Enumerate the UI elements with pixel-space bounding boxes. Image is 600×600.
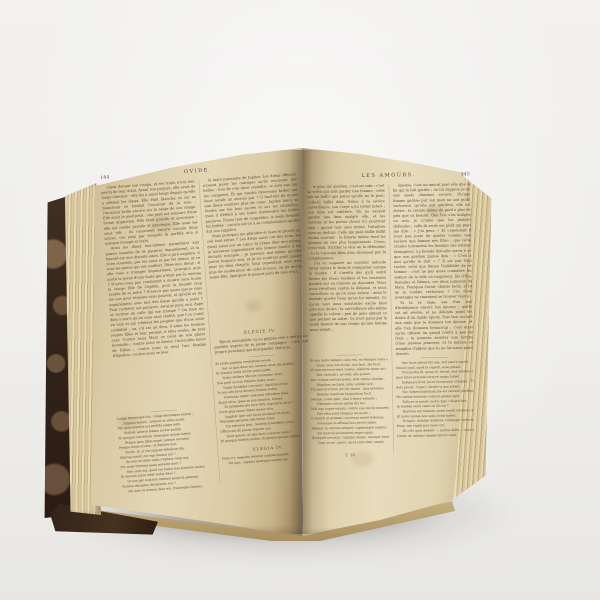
right-page-number: 145 [448,172,470,177]
right-page-text: LES AMOURS. 145 le plus sûr gardien, c'e… [307,171,476,504]
right-col2-prose: épouse, c'est un amant pour elle que la … [393,182,473,355]
section-rule [249,355,275,357]
section-rule [421,357,447,358]
left-page-text: 144 OVIDE. cheur devant son visage, et s… [100,161,319,510]
photo-of-open-book: 144 OVIDE. cheur devant son visage, et s… [0,0,600,600]
right-page-columns: le plus sûr gardien, c'est en vain : c'e… [307,182,475,458]
right-col2-latin-verse: 10 Nec facie placet illa sua, sed amore … [396,360,475,439]
left-header-spacer [274,165,296,167]
left-col2-prose-start: Époux intraitable, tu ne gagnes rien à m… [214,333,309,356]
left-page-number: 144 [100,174,122,181]
section-rule [151,410,177,412]
left-col2-prose: la main puissante de Jupiter. Les dieux … [202,172,306,328]
left-col2-latin-verse: Et stulta populos credulitate movet ;Aut… [215,355,315,444]
section-rule [336,355,362,356]
volume-signature: T. IV. [312,452,390,457]
right-running-head: LES AMOURS. [329,172,448,180]
left-column-1: cheur devant son visage, et ses traits n… [101,179,216,494]
right-column-2: épouse, c'est un amant pour elle que la … [393,182,475,457]
left-col1-prose: cheur devant son visage, et ses traits n… [101,179,211,411]
right-column-1: le plus sûr gardien, c'est en vain : c'e… [307,183,389,458]
right-col1-latin-verse: Si qua metu dempto casta est, ea denique… [310,357,389,446]
left-col1-latin-verse: Longa decensque fuit : longa decensque m… [117,410,216,494]
left-page-columns: cheur devant son visage, et ses traits n… [101,172,318,495]
right-col1-prose: le plus sûr gardien, c'est en vain : c'e… [307,183,387,352]
